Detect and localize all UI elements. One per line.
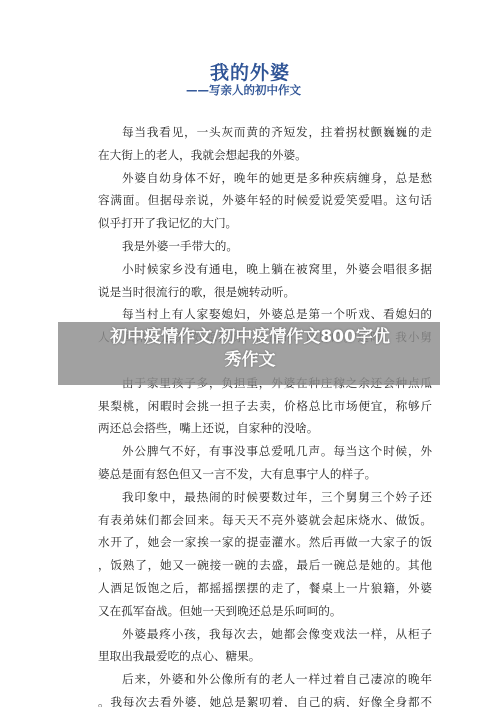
overlay-title-line-1: 初中疫情作文/初中疫情作文800字优 (0, 326, 500, 349)
text-line: 有表弟妹们都会回来。每天天不亮外婆就会起床烧水、做饭。 (98, 509, 432, 532)
text-line: 似乎打开了我记忆的大门。 (98, 212, 432, 235)
document-page: 我的外婆 ——写亲人的初中作文 每当我看见，一头灰而黄的齐短发，拄着拐杖颤巍巍的… (0, 0, 500, 707)
text-line: 小时候家乡没有通电，晚上躺在被窝里，外婆会唱很多据 (98, 258, 432, 281)
text-line: 婆总是面有怒色但又一言不发，大有息事宁人的样子。 (98, 463, 432, 486)
document-subtitle: ——写亲人的初中作文 (186, 82, 301, 98)
text-line: 外公脾气不好，有事没事总爱吼几声。每当这个时候，外 (98, 440, 432, 463)
text-line: 我是外婆一手带大的。 (98, 235, 432, 258)
text-line: 人酒足饭饱之后，都摇摇摆摆的走了，餐桌上一片狼籍，外婆 (98, 577, 432, 600)
text-line: 外婆自幼身体不好，晚年的她更是多种疾病缠身，总是愁 (98, 167, 432, 190)
text-line: 在大街上的老人，我就会想起我的外婆。 (98, 144, 432, 167)
text-line: 每当我看见，一头灰而黄的齐短发，拄着拐杖颤巍巍的走 (98, 121, 432, 144)
text-line: 容满面。但据母亲说，外婆年轻的时候爱说爱笑爱唱。这句话 (98, 189, 432, 212)
text-line: 水开了，她会一家挨一家的提壶灌水。然后再做一大家子的饭 (98, 531, 432, 554)
text-line: 外婆最疼小孩，我每次去，她都会像变戏法一样，从柜子 (98, 623, 432, 646)
text-line: 。我每次去看外婆，她总是絮叨着，自己的病，好像全身都不 (98, 691, 432, 707)
text-line: 后来，外婆和外公像所有的老人一样过着自己凄凉的晚年 (98, 668, 432, 691)
text-line: 里取出我最爱吃的点心、糖果。 (98, 645, 432, 668)
overlay-title[interactable]: 初中疫情作文/初中疫情作文800字优 秀作文 (0, 326, 500, 372)
text-line: 说是当时很流行的歌，很是婉转动听。 (98, 281, 432, 304)
overlay-title-line-2: 秀作文 (0, 349, 500, 372)
text-line: ，饭熟了，她又一碗接一碗的去盛，最后一碗总是她的。其他 (98, 554, 432, 577)
essay-body: 每当我看见，一头灰而黄的齐短发，拄着拐杖颤巍巍的走在大街上的老人，我就会想起我的… (98, 121, 432, 707)
text-line: 两还总会搭些，嘴上还说，自家种的没啥。 (98, 417, 432, 440)
text-line: 果梨桃，闲暇时会挑一担子去卖，价格总比市场便宜，称够斤 (98, 395, 432, 418)
text-line: 我印象中，最热闹的时候要数过年，三个舅舅三个妗子还 (98, 486, 432, 509)
document-title: 我的外婆 (0, 58, 500, 85)
text-line: 又在孤军奋战。但她一天到晚还总是乐呵呵的。 (98, 600, 432, 623)
